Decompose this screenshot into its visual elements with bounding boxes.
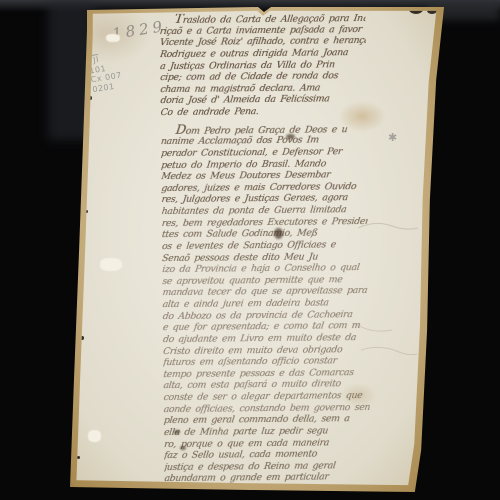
paper-damage-chip (100, 258, 122, 271)
edge-speck (429, 252, 433, 255)
manuscript-page: 1829 TJI 101 Cx 007 0201 Traslado da Car… (62, 4, 442, 493)
paper-damage-chip (106, 34, 120, 42)
manuscript-line: Co de andrade Pena. (160, 105, 368, 119)
asterisk-mark: ✱ (388, 131, 397, 144)
paper-damage-chip (88, 430, 101, 442)
ink-blot (286, 134, 295, 139)
ink-blot (174, 430, 180, 434)
edge-speck (77, 456, 80, 459)
manuscript-sheet: 1829 TJI 101 Cx 007 0201 Traslado da Car… (55, 0, 450, 500)
ink-blot (274, 228, 283, 239)
edge-speck (420, 457, 424, 461)
edge-speck (262, 4, 270, 9)
scanned-document-background: 1829 TJI 101 Cx 007 0201 Traslado da Car… (0, 0, 500, 500)
ink-blot (180, 446, 186, 450)
edge-speck (257, 490, 262, 493)
archive-reference-code: TJI 101 Cx 007 0201 (87, 52, 124, 94)
manuscript-text: Traslado da Carta de Allegaçaõ para Inqu… (159, 12, 370, 496)
